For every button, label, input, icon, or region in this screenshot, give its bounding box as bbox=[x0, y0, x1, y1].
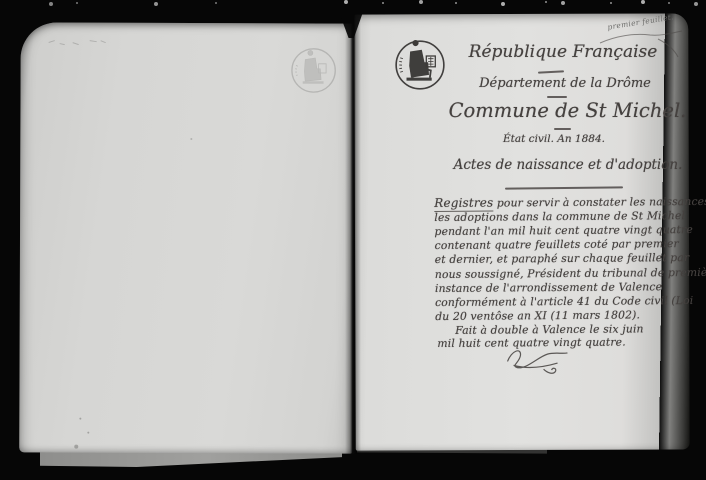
body-line: instance de l'arrondissement de Valence bbox=[435, 280, 662, 295]
closing-line: Fait à double à Valence le six juin bbox=[455, 322, 643, 336]
page-title-acts: Actes de naissance et d'adoption. bbox=[443, 157, 693, 173]
film-dust-specks bbox=[0, 0, 2, 2]
body-line: et dernier, et paraphé sur chaque feuill… bbox=[435, 251, 690, 266]
body-line: conformément à l'article 41 du Code civi… bbox=[435, 294, 693, 309]
body-line: contenant quatre feuillets coté par prem… bbox=[435, 237, 679, 252]
title-underline-rule bbox=[505, 186, 623, 189]
declaration-paragraph: Registres pour servir à constater les na… bbox=[434, 194, 692, 396]
body-first-word: Registres bbox=[434, 196, 493, 212]
header-republic: République Française bbox=[433, 42, 693, 62]
paper-specks bbox=[79, 418, 81, 420]
body-line: pendant l'an mil huit cent quatre vingt … bbox=[434, 223, 692, 238]
header-department: Département de la Drôme bbox=[425, 76, 705, 91]
underlying-sheet-edge bbox=[40, 451, 342, 467]
divider-rule bbox=[547, 96, 567, 98]
book-gutter-shadow bbox=[345, 12, 361, 454]
body-first-rest: pour servir à constater les naissances e… bbox=[493, 195, 706, 210]
divider-rule bbox=[538, 70, 564, 73]
body-line: du 20 ventôse an XI (11 mars 1802). bbox=[435, 308, 640, 323]
scanned-register-page: premier feuillet. République Française D… bbox=[0, 0, 706, 480]
pencil-marks bbox=[47, 35, 117, 49]
signature-scribble bbox=[503, 345, 595, 380]
header-etat-civil: État civil. An 1884. bbox=[415, 133, 693, 145]
body-line: Registres pour servir à constater les na… bbox=[434, 194, 706, 210]
divider-rule bbox=[554, 128, 571, 130]
right-page-content: premier feuillet. République Française D… bbox=[355, 14, 689, 450]
left-blank-page bbox=[19, 22, 353, 453]
body-line: les adoptions dans la commune de St Mich… bbox=[434, 209, 685, 224]
header-commune: Commune de St Michel. bbox=[425, 99, 706, 122]
body-line: nous soussigné, Président du tribunal de… bbox=[435, 265, 706, 280]
embossed-seal-stamp bbox=[288, 45, 338, 95]
